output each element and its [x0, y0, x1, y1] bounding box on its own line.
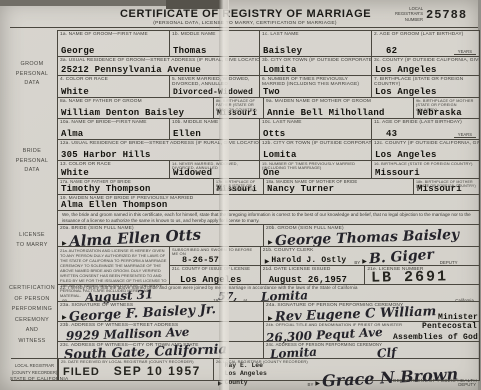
field-value: George	[61, 46, 95, 56]
field-value: Otts	[263, 129, 285, 139]
field-groom-father-birthplace: 8b. BIRTHPLACE OF FATHER (STATE OR FOREI…	[213, 98, 263, 118]
field-value: Two	[263, 87, 280, 97]
field-value: White	[61, 87, 89, 97]
row-ceremony-certification: 22. I hereby certify that the above name…	[58, 284, 479, 301]
field-groom-mother-birthplace: 9b. BIRTHPLACE OF MOTHER (STATE OR FOREI…	[413, 98, 479, 118]
field-label: 10b. MIDDLE NAME	[170, 119, 259, 125]
field-bride-first-name: 10a. NAME OF BRIDE—FIRST NAME Alma	[58, 119, 169, 139]
document-title: CERTIFICATE OF REGISTRY OF MARRIAGE	[120, 8, 370, 20]
field-groom-last-name: 1c. LAST NAME Baisley	[259, 31, 371, 56]
row-witness-city-minister-address: 23c. ADDRESS OF WITNESS—CITY OR TOWN AND…	[58, 341, 479, 358]
field-license-number: 21e. LICENSE NUMBER LB 2691	[364, 266, 479, 285]
document-header: CERTIFICATE OF REGISTRY OF MARRIAGE (PER…	[120, 8, 370, 26]
field-label: 21d. DATE LICENSE ISSUED	[261, 266, 365, 272]
department-of-public-health-label: DEPARTMENT OF PUBLIC HEALTH	[393, 378, 477, 383]
field-groom-times-married: 6. NUMBER OF TIMES PREVIOUSLY MARRIED (I…	[259, 76, 371, 97]
field-bride-father-birthplace: 17b. BIRTHPLACE OF FATHER (STATE OR FORE…	[213, 179, 263, 194]
field-label: 12b. CITY OR TOWN (IF OUTSIDE CORPORATE …	[260, 140, 371, 146]
section-label-certification: CERTIFICATIONOF PERSONPERFORMING CEREMON…	[6, 283, 58, 346]
field-unit: YEARS	[454, 49, 476, 55]
registrar-label-line: NUMBER	[395, 17, 423, 22]
row-bride-name: 10a. NAME OF BRIDE—FIRST NAME Alma 10b. …	[58, 118, 479, 139]
registrar-label-line: (COUNTY RECORDER)	[11, 370, 58, 377]
field-bride-mother-name: 18a. MAIDEN NAME OF MOTHER OF BRIDE Nanc…	[263, 179, 413, 194]
header-rule	[10, 27, 478, 28]
field-bride-last-name: 10c. LAST NAME Otts	[259, 119, 371, 139]
field-witness-signature: 23a. SIGNATURE OF WITNESS ▶ George F. Ba…	[58, 302, 263, 321]
field-bride-birthplace: 16. BIRTHPLACE (STATE OR FOREIGN COUNTRY…	[371, 161, 479, 178]
row-bride-residence: 12a. USUAL RESIDENCE OF BRIDE—STREET ADD…	[58, 139, 479, 160]
field-groom-signature: 20b. GROOM (SIGN FULL NAME) ▶ George Tho…	[263, 225, 479, 246]
row-bride-maiden-name: 19. MAIDEN NAME OF BRIDE IF PREVIOUSLY M…	[58, 194, 479, 210]
arrow-icon: ▶	[62, 314, 67, 321]
field-bride-marital-status: 14. NEVER MARRIED, WIDOWED, DIVORCED, AN…	[169, 161, 259, 178]
field-label: 5. NEVER MARRIED, WIDOWED, DIVORCED, ANN…	[170, 76, 259, 88]
field-bride-mother-birthplace: 18b. BIRTHPLACE OF MOTHER (STATE OR FORE…	[413, 179, 479, 194]
certificate-form: 1a. NAME OF GROOM—FIRST NAME George 1b. …	[57, 30, 480, 381]
marriage-certificate-scan: CERTIFICATE OF REGISTRY OF MARRIAGE (PER…	[0, 0, 481, 390]
field-groom-mother-name: 9a. MAIDEN NAME OF MOTHER OF GROOM Annie…	[263, 98, 413, 118]
registrar-stamp-line: Ray E. Lee	[225, 362, 274, 370]
field-bride-city: 12b. CITY OR TOWN (IF OUTSIDE CORPORATE …	[259, 140, 371, 160]
field-value: 62	[386, 46, 397, 56]
filed-date-stamp: SEP 10 1957	[114, 364, 201, 378]
field-value: Missouri	[217, 185, 257, 194]
registrar-stamp-line: Los Angeles County	[225, 370, 274, 387]
field-value: Widowed	[173, 168, 212, 178]
state-of-california-label: STATE OF CALIFORNIA	[10, 377, 69, 382]
field-label: 11. AGE OF BRIDE (LAST BIRTHDAY)	[372, 119, 479, 125]
field-label: 6. NUMBER OF TIMES PREVIOUSLY MARRIED (I…	[260, 76, 371, 88]
field-bride-address: 12a. USUAL RESIDENCE OF BRIDE—STREET ADD…	[58, 140, 259, 160]
field-label: 4. COLOR OR RACE	[58, 76, 169, 82]
field-label: 3b. CITY OR TOWN (IF OUTSIDE CORPORATE L…	[260, 57, 371, 63]
row-groom-race-marital: 4. COLOR OR RACE White 5. NEVER MARRIED,…	[58, 75, 479, 97]
affidavit-text: We, the bride and groom named in this ce…	[58, 211, 479, 225]
registrar-label-line: LOCAL REGISTRAR	[11, 363, 58, 370]
county-clerk-name: Harold J. Ostly	[271, 256, 346, 265]
field-value: 25212 Pennsylvania Avenue	[61, 65, 201, 75]
field-groom-birthplace: 7. BIRTHPLACE (STATE OR FOREIGN COUNTRY)…	[371, 76, 479, 97]
row-groom-name: 1a. NAME OF GROOM—FIRST NAME George 1b. …	[58, 30, 479, 56]
registrar-number-value: 25788	[426, 8, 467, 22]
field-authorization-text: 21a. AUTHORIZATION AND LICENSE IS HEREBY…	[58, 247, 169, 284]
field-minister-signature: 24a. SIGNATURE OF PERSON PERFORMING CERE…	[263, 302, 479, 321]
field-label: 10a. NAME OF BRIDE—FIRST NAME	[58, 119, 169, 125]
row-affidavit: We, the bride and groom named in this ce…	[58, 210, 479, 224]
field-label: 16. BIRTHPLACE (STATE OR FOREIGN COUNTRY…	[372, 161, 479, 166]
field-label: 7. BIRTHPLACE (STATE OR FOREIGN COUNTRY)	[372, 76, 479, 88]
by-label: BY	[354, 260, 360, 265]
clerk-deputy-signature: B. Giger	[368, 247, 434, 267]
field-label: 1a. NAME OF GROOM—FIRST NAME	[58, 31, 169, 37]
field-label: 3c. COUNTY (IF OUTSIDE CALIFORNIA, GIVE …	[372, 57, 479, 63]
field-value: Los Angeles	[375, 65, 437, 75]
field-label: 10c. LAST NAME	[260, 119, 371, 125]
row-witness-address-minister-title: 23b. ADDRESS OF WITNESS—STREET ADDRESS 9…	[58, 321, 479, 341]
field-bride-age: 11. AGE OF BRIDE (LAST BIRTHDAY) 43 YEAR…	[371, 119, 479, 139]
field-bride-race: 13. COLOR OR RACE White	[58, 161, 169, 178]
row-license-signatures: 20a. BRIDE (SIGN FULL NAME) ▶ Alma Ellen…	[58, 224, 479, 246]
field-value: Los Angeles	[375, 87, 437, 97]
field-groom-first-name: 1a. NAME OF GROOM—FIRST NAME George	[58, 31, 169, 56]
field-value: Timothy Thompson	[61, 184, 151, 194]
field-value: Lomita	[263, 65, 297, 75]
field-value: Missouri	[217, 109, 257, 118]
field-value: Nebraska	[417, 108, 462, 118]
field-value: White	[61, 168, 89, 178]
field-value: Thomas	[173, 46, 207, 56]
registrar-label-line: REGISTRAR'S	[395, 11, 423, 16]
field-label: 8a. NAME OF FATHER OF GROOM	[58, 98, 213, 104]
field-value: Missouri	[375, 168, 420, 178]
row-license-authorization: 21a. AUTHORIZATION AND LICENSE IS HEREBY…	[58, 246, 479, 284]
row-witness-minister-signatures: 23a. SIGNATURE OF WITNESS ▶ George F. Ba…	[58, 301, 479, 321]
row-bride-parents: 17a. NAME OF FATHER OF BRIDE Timothy Tho…	[58, 178, 479, 194]
field-witness-city: 23c. ADDRESS OF WITNESS—CITY OR TOWN AND…	[58, 342, 263, 358]
by-label: BY	[308, 382, 314, 387]
arrow-icon: ▶	[268, 239, 273, 246]
field-ceremony-address: 24c. ADDRESS OF PERSON PERFORMING CEREMO…	[263, 342, 479, 358]
field-minister-denomination: 24b. OFFICIAL TITLE AND DENOMINATION IF …	[263, 322, 479, 341]
arrow-icon: ▶	[218, 380, 223, 387]
field-value: Nancy Turner	[267, 184, 334, 194]
field-label: 2. AGE OF GROOM (LAST BIRTHDAY)	[372, 31, 479, 37]
field-groom-address: 3a. USUAL RESIDENCE OF GROOM—STREET ADDR…	[58, 57, 259, 75]
document-subtitle: (PERSONAL DATA, LICENSE TO MARRY, CERTIF…	[120, 21, 370, 26]
field-label: 12a. USUAL RESIDENCE OF BRIDE—STREET ADD…	[58, 140, 259, 146]
field-bride-maiden-name: 19. MAIDEN NAME OF BRIDE IF PREVIOUSLY M…	[58, 195, 479, 210]
field-label: 3a. USUAL RESIDENCE OF GROOM—STREET ADDR…	[58, 57, 259, 63]
deputy-label: DEPUTY	[440, 260, 458, 265]
field-value: Alma Ellen Thompson	[61, 200, 167, 210]
field-local-registrar: 26. LOCAL REGISTRAR (COUNTY RECORDER) ▶ …	[213, 359, 479, 380]
field-groom-city: 3b. CITY OR TOWN (IF OUTSIDE CORPORATE L…	[259, 57, 371, 75]
field-label: 9a. MAIDEN NAME OF MOTHER OF GROOM	[264, 98, 413, 104]
field-groom-marital-status: 5. NEVER MARRIED, WIDOWED, DIVORCED, ANN…	[169, 76, 259, 97]
field-bride-times-married: 15. NUMBER OF TIMES PREVIOUSLY MARRIED (…	[259, 161, 371, 178]
registrar-number-label: LOCAL REGISTRAR'S NUMBER	[395, 6, 423, 22]
row-bride-race-marital: 13. COLOR OR RACE White 14. NEVER MARRIE…	[58, 160, 479, 178]
arrow-icon: ▶	[362, 258, 367, 265]
field-label: 21c. COUNTY OF ISSUE OF LICENSE	[170, 266, 260, 272]
section-label-license: LICENSETO MARRY	[6, 231, 58, 250]
field-witness-street: 23b. ADDRESS OF WITNESS—STREET ADDRESS 9…	[58, 322, 263, 341]
field-label: 1c. LAST NAME	[260, 31, 371, 37]
field-value: Baisley	[263, 46, 302, 56]
field-value: Los Angeles	[375, 150, 437, 160]
registrar-name-stamp: Ray E. Lee Los Angeles County	[225, 362, 274, 387]
field-label: 13. COLOR OR RACE	[58, 161, 169, 167]
field-date-license-issued: 21d. DATE LICENSE ISSUED August 26,1957	[260, 266, 365, 285]
field-value: Lomita	[263, 150, 297, 160]
arrow-icon: ▶	[315, 380, 320, 387]
field-label: 1b. MIDDLE NAME	[170, 31, 259, 37]
arrow-icon: ▶	[265, 258, 270, 265]
field-label: 12c. COUNTY (IF OUTSIDE CALIFORNIA, GIVE…	[372, 140, 479, 146]
field-date-received: 25. DATE RECEIVED BY LOCAL REGISTRAR (CO…	[58, 359, 213, 380]
field-value: Ellen	[173, 129, 201, 139]
field-county-clerk: 21b. COUNTY CLERK ▶ Harold J. Ostly BY ▶…	[260, 247, 479, 265]
field-value: Missouri	[417, 184, 462, 194]
field-bride-middle-name: 10b. MIDDLE NAME Ellen	[169, 119, 259, 139]
field-county-of-issue: 21c. COUNTY OF ISSUE OF LICENSE Los Ange…	[170, 266, 260, 285]
local-registrar-number-block: LOCAL REGISTRAR'S NUMBER 25788	[395, 6, 475, 22]
field-value: 43	[386, 129, 397, 139]
section-label-groom: GROOMPERSONALDATA	[6, 60, 58, 89]
field-unit: YEARS	[454, 132, 476, 138]
field-groom-father-name: 8a. NAME OF FATHER OF GROOM William Dent…	[58, 98, 213, 118]
row-groom-residence: 3a. USUAL RESIDENCE OF GROOM—STREET ADDR…	[58, 56, 479, 75]
scan-edge-artifact	[0, 0, 168, 6]
field-value: One	[263, 168, 280, 178]
section-label-bride: BRIDEPERSONALDATA	[6, 147, 58, 176]
subscribed-date-value: 8-26-57	[182, 255, 219, 265]
field-value: Divorced-Widowed	[173, 88, 253, 97]
field-groom-county: 3c. COUNTY (IF OUTSIDE CALIFORNIA, GIVE …	[371, 57, 479, 75]
field-bride-signature: 20a. BRIDE (SIGN FULL NAME) ▶ Alma Ellen…	[58, 225, 263, 246]
field-value: Annie Bell Milholland	[267, 108, 385, 118]
field-groom-age: 2. AGE OF GROOM (LAST BIRTHDAY) 62 YEARS	[371, 31, 479, 56]
field-subscribed-sworn: SUBSCRIBED AND SWORN TO BEFORE ME ON 8-2…	[170, 247, 260, 265]
field-value: Alma	[61, 129, 83, 139]
field-groom-race: 4. COLOR OR RACE White	[58, 76, 169, 97]
affidavit-text-cell: We, the bride and groom named in this ce…	[58, 211, 479, 224]
ceremony-certification-cell: 22. I hereby certify that the above name…	[58, 285, 479, 301]
field-value: 305 Harbor Hills	[61, 150, 151, 160]
row-groom-parents: 8a. NAME OF FATHER OF GROOM William Dent…	[58, 97, 479, 118]
field-groom-middle-name: 1b. MIDDLE NAME Thomas	[169, 31, 259, 56]
field-bride-father-name: 17a. NAME OF FATHER OF BRIDE Timothy Tho…	[58, 179, 213, 194]
field-bride-county: 12c. COUNTY (IF OUTSIDE CALIFORNIA, GIVE…	[371, 140, 479, 160]
field-value: William Denton Baisley	[61, 108, 184, 118]
